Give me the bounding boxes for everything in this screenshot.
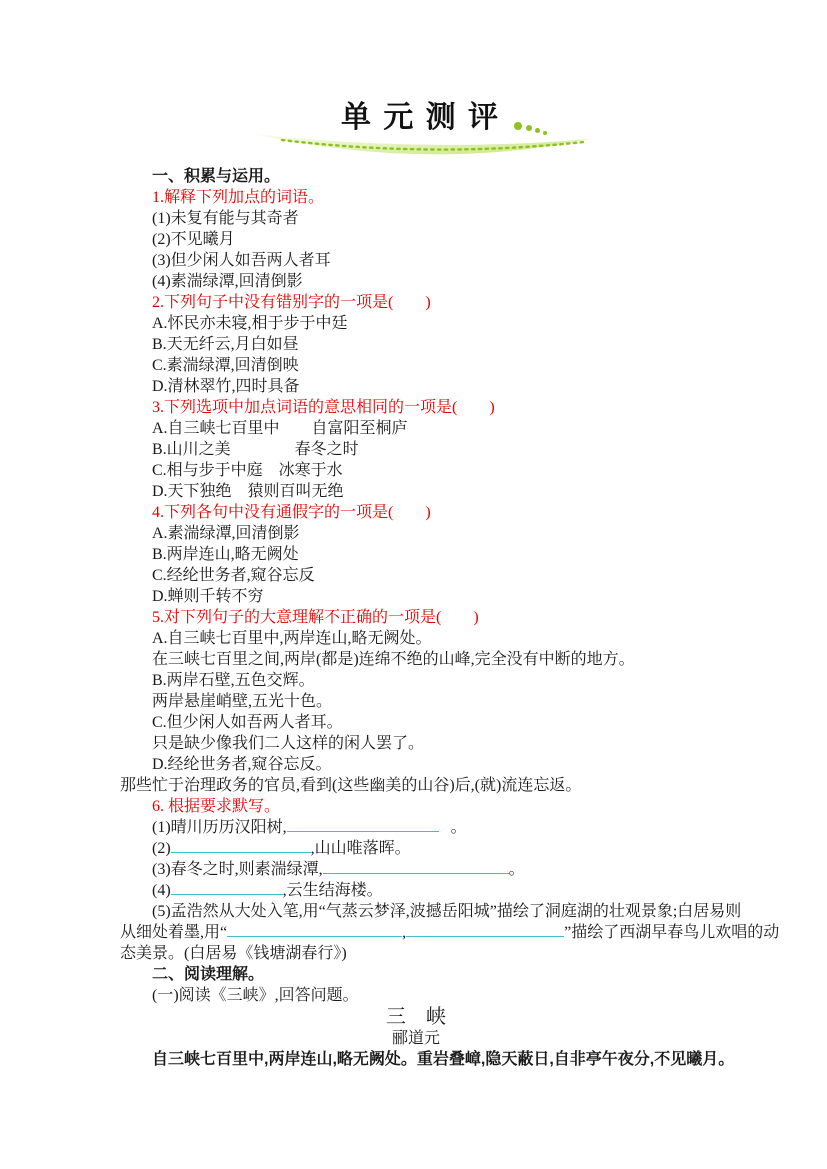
fill-2-post: ,山山唯落晖。 <box>311 840 411 857</box>
question-1-item: (3)但少闲人如吾两人者耳 <box>120 250 712 271</box>
question-5-translation-b: 两岸悬崖峭壁,五光十色。 <box>120 691 712 712</box>
fill-blank-line-5a: (5)孟浩然从大处入笔,用“气蒸云梦泽,波撼岳阳城”描绘了洞庭湖的壮观景象;白居… <box>120 901 712 922</box>
fill-1-post: 。 <box>451 819 467 836</box>
fill-3-post: 。 <box>509 861 525 878</box>
fill-blank-line-2: (2),山山唯落晖。 <box>120 838 712 859</box>
fill-blank-line-5c: 态美景。(白居易《钱塘湖春行》) <box>120 943 712 964</box>
question-2-option-d: D.清林翠竹,四时具备 <box>120 376 712 397</box>
question-6-label: 6. 根据要求默写。 <box>120 796 712 817</box>
fill-4-post: ,云生结海楼。 <box>283 882 383 899</box>
fill-5-post: ”描绘了西湖早春鸟儿欢唱的动 <box>564 924 779 941</box>
question-2-option-b: B.天无纤云,月白如昼 <box>120 334 712 355</box>
question-1-item: (2)不见曦月 <box>120 229 712 250</box>
question-3-label: 3.下列选项中加点词语的意思相同的一项是( ) <box>120 397 712 418</box>
reading-intro: (一)阅读《三峡》,回答问题。 <box>120 985 712 1006</box>
worksheet-page: 单 元 测 评 一、积累与运用。 1.解释下列加点的词语。 (1)未复有能与其奇… <box>0 0 827 1169</box>
question-4-option-d: D.蝉则千转不穷 <box>120 586 712 607</box>
answer-blank <box>323 859 509 874</box>
question-5-option-a: A.自三峡七百里中,两岸连山,略无阙处。 <box>120 628 712 649</box>
question-5-option-d: D.经纶世务者,窥谷忘反。 <box>120 754 712 775</box>
fill-5-pre: 从细处着墨,用“ <box>120 924 227 941</box>
question-1-item: (1)未复有能与其奇者 <box>120 208 712 229</box>
section-heading: 一、积累与运用。 <box>120 166 712 187</box>
passage-text: 自三峡七百里中,两岸连山,略无阙处。重岩叠嶂,隐天蔽日,自非亭午夜分,不见曦月。 <box>120 1049 712 1070</box>
question-2-option-a: A.怀民亦未寝,相于步于中廷 <box>120 313 712 334</box>
answer-blank <box>287 817 439 832</box>
question-5-translation-a: 在三峡七百里之间,两岸(都是)连绵不绝的山峰,完全没有中断的地方。 <box>120 649 712 670</box>
question-5-translation-c: 只是缺少像我们二人这样的闲人罢了。 <box>120 733 712 754</box>
question-5-label: 5.对下列句子的大意理解不正确的一项是( ) <box>120 607 712 628</box>
question-3-option-a: A.自三峡七百里中 自富阳至桐庐 <box>120 418 712 439</box>
passage-title: 三 峡 <box>120 1006 712 1028</box>
page-header: 单 元 测 评 <box>0 0 827 165</box>
question-4-option-a: A.素湍绿潭,回清倒影 <box>120 523 712 544</box>
question-2-label: 2.下列句子中没有错别字的一项是( ) <box>120 292 712 313</box>
fill-3-pre: (3)春冬之时,则素湍绿潭, <box>152 861 323 878</box>
answer-blank <box>406 922 564 937</box>
question-5-translation-d: 那些忙于治理政务的官员,看到(这些幽美的山谷)后,(就)流连忘返。 <box>120 775 712 796</box>
fill-blank-line-3: (3)春冬之时,则素湍绿潭,。 <box>120 859 712 880</box>
answer-blank <box>171 838 311 853</box>
fill-1-pre: (1)晴川历历汉阳树, <box>152 819 287 836</box>
fill-blank-line-5b: 从细处着墨,用“,”描绘了西湖早春鸟儿欢唱的动 <box>120 922 712 943</box>
question-3-option-b: B.山川之美 春冬之时 <box>120 439 712 460</box>
swoosh-graphic <box>252 126 592 166</box>
question-2-option-c: C.素湍绿潭,回清倒映 <box>120 355 712 376</box>
question-1-item: (4)素湍绿潭,回清倒影 <box>120 271 712 292</box>
answer-blank <box>171 880 283 895</box>
question-4-option-c: C.经纶世务者,窥谷忘反 <box>120 565 712 586</box>
passage-author: 郦道元 <box>120 1028 712 1049</box>
worksheet-body: 一、积累与运用。 1.解释下列加点的词语。 (1)未复有能与其奇者 (2)不见曦… <box>120 166 712 1070</box>
question-4-option-b: B.两岸连山,略无阙处 <box>120 544 712 565</box>
fill-4-pre: (4) <box>152 882 171 899</box>
question-3-option-d: D.天下独绝 猿则百叫无绝 <box>120 481 712 502</box>
answer-blank <box>227 922 402 937</box>
question-5-option-b: B.两岸石壁,五色交辉。 <box>120 670 712 691</box>
question-3-option-c: C.相与步于中庭 冰寒于水 <box>120 460 712 481</box>
section-heading: 二、阅读理解。 <box>120 964 712 985</box>
question-1-label: 1.解释下列加点的词语。 <box>120 187 712 208</box>
fill-blank-line-1: (1)晴川历历汉阳树,。 <box>120 817 712 838</box>
fill-2-pre: (2) <box>152 840 171 857</box>
fill-blank-line-4: (4),云生结海楼。 <box>120 880 712 901</box>
question-4-label: 4.下列各句中没有通假字的一项是( ) <box>120 502 712 523</box>
question-5-option-c: C.但少闲人如吾两人者耳。 <box>120 712 712 733</box>
